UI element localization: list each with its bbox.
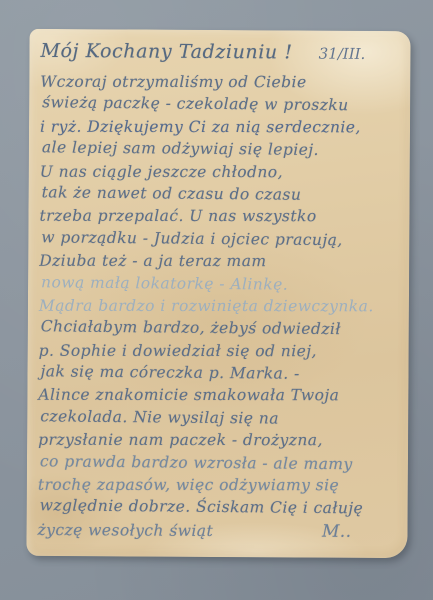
- letter-line: trzeba przepalać. U nas wszystko: [39, 205, 405, 228]
- letter-line: jak się ma córeczka p. Marka. -: [38, 360, 404, 386]
- letter-line: w porządku - Judzia i ojciec pracują,: [39, 226, 405, 252]
- letter-line: i ryż. Dziękujemy Ci za nią serdecznie,: [40, 115, 406, 138]
- letter-line: Chciałabym bardzo, żebyś odwiedził: [39, 316, 405, 342]
- letter-date: 31/III.: [319, 45, 366, 63]
- closing-row: życzę wesołych świąt M..: [37, 519, 403, 544]
- letter-line: co prawda bardzo wzrosła - ale mamy: [38, 450, 404, 476]
- letter-line: tak że nawet od czasu do czasu: [40, 181, 406, 207]
- letter-line: Alince znakomicie smakowała Twoja: [38, 384, 404, 407]
- salutation: Mój Kochany Tadziuniu !: [40, 40, 292, 64]
- letter-line: ale lepiej sam odżywiaj się lepiej.: [40, 136, 406, 162]
- letter-line: nową małą lokatorkę - Alinkę.: [39, 271, 405, 297]
- signature: M..: [322, 520, 352, 543]
- letter-line: Wczoraj otrzymaliśmy od Ciebie: [40, 71, 406, 94]
- postcard: Mój Kochany Tadziuniu ! 31/III. Wczoraj …: [26, 29, 410, 558]
- letter-line: Mądra bardzo i rozwinięta dziewczynka.: [39, 295, 405, 318]
- letter-line: Dziuba też - a ja teraz mam: [39, 250, 405, 273]
- letter-line: U nas ciągle jeszcze chłodno,: [40, 160, 406, 183]
- letter-line: przysłanie nam paczek - drożyzna,: [38, 429, 404, 452]
- closing-line: życzę wesołych świąt: [37, 519, 213, 542]
- scan-background: Mój Kochany Tadziuniu ! 31/III. Wczoraj …: [0, 0, 433, 600]
- salutation-row: Mój Kochany Tadziuniu ! 31/III.: [40, 40, 406, 69]
- letter-line: świeżą paczkę - czekoladę w proszku: [40, 92, 406, 118]
- letter-line: p. Sophie i dowiedział się od niej,: [39, 339, 405, 362]
- letter-body: Wczoraj otrzymaliśmy od Ciebieświeżą pac…: [38, 70, 407, 520]
- handwritten-letter: Mój Kochany Tadziuniu ! 31/III. Wczoraj …: [37, 40, 406, 552]
- letter-line: trochę zapasów, więc odżywiamy się: [38, 474, 404, 497]
- letter-line: względnie dobrze. Ściskam Cię i całuję: [38, 495, 404, 521]
- letter-line: czekolada. Nie wysilaj się na: [38, 405, 404, 431]
